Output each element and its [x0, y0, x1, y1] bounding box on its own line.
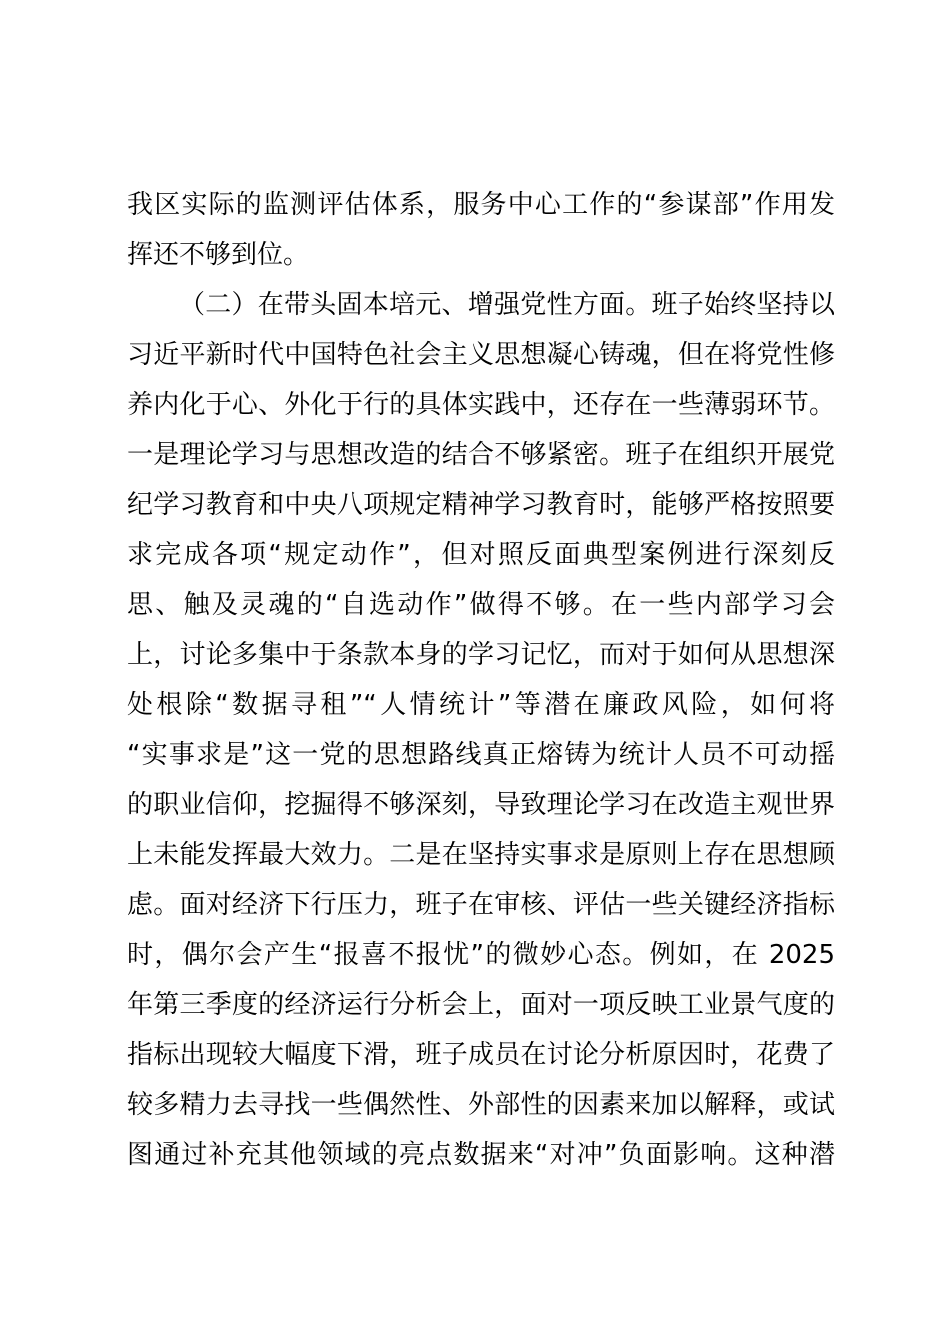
- text-line: 养内化于心、外化于行的具体实践中，还存在一些薄弱环节。: [127, 380, 835, 430]
- text-line: 较多精力去寻找一些偶然性、外部性的因素来加以解释，或试: [127, 1080, 835, 1130]
- text-line: 上未能发挥最大效力。二是在坚持实事求是原则上存在思想顾: [127, 830, 835, 880]
- text-line: 图通过补充其他领域的亮点数据来“对冲”负面影响。这种潜: [127, 1130, 835, 1180]
- body-text: 我区实际的监测评估体系，服务中心工作的“参谋部”作用发 挥还不够到位。 （二）在…: [127, 180, 835, 1180]
- text-line: 的职业信仰，挖掘得不够深刻，导致理论学习在改造主观世界: [127, 780, 835, 830]
- section-heading-line: （二）在带头固本培元、增强党性方面。班子始终坚持以: [127, 280, 835, 330]
- text-line: “实事求是”这一党的思想路线真正熔铸为统计人员不可动摇: [127, 730, 835, 780]
- text-line: 处根除“数据寻租”“人情统计”等潜在廉政风险，如何将: [127, 680, 835, 730]
- text-line: 思、触及灵魂的“自选动作”做得不够。在一些内部学习会: [127, 580, 835, 630]
- text-line: 我区实际的监测评估体系，服务中心工作的“参谋部”作用发: [127, 180, 835, 230]
- text-line: 习近平新时代中国特色社会主义思想凝心铸魂，但在将党性修: [127, 330, 835, 380]
- text-line: 年第三季度的经济运行分析会上，面对一项反映工业景气度的: [127, 980, 835, 1030]
- text-line: 上，讨论多集中于条款本身的学习记忆，而对于如何从思想深: [127, 630, 835, 680]
- text-line: 挥还不够到位。: [127, 230, 835, 280]
- document-page: 我区实际的监测评估体系，服务中心工作的“参谋部”作用发 挥还不够到位。 （二）在…: [0, 0, 950, 1344]
- text-line: 求完成各项“规定动作”，但对照反面典型案例进行深刻反: [127, 530, 835, 580]
- text-line: 虑。面对经济下行压力，班子在审核、评估一些关键经济指标: [127, 880, 835, 930]
- text-line: 时，偶尔会产生“报喜不报忧”的微妙心态。例如，在 2025: [127, 930, 835, 980]
- text-line: 一是理论学习与思想改造的结合不够紧密。班子在组织开展党: [127, 430, 835, 480]
- text-line: 纪学习教育和中央八项规定精神学习教育时，能够严格按照要: [127, 480, 835, 530]
- text-line: 指标出现较大幅度下滑，班子成员在讨论分析原因时，花费了: [127, 1030, 835, 1080]
